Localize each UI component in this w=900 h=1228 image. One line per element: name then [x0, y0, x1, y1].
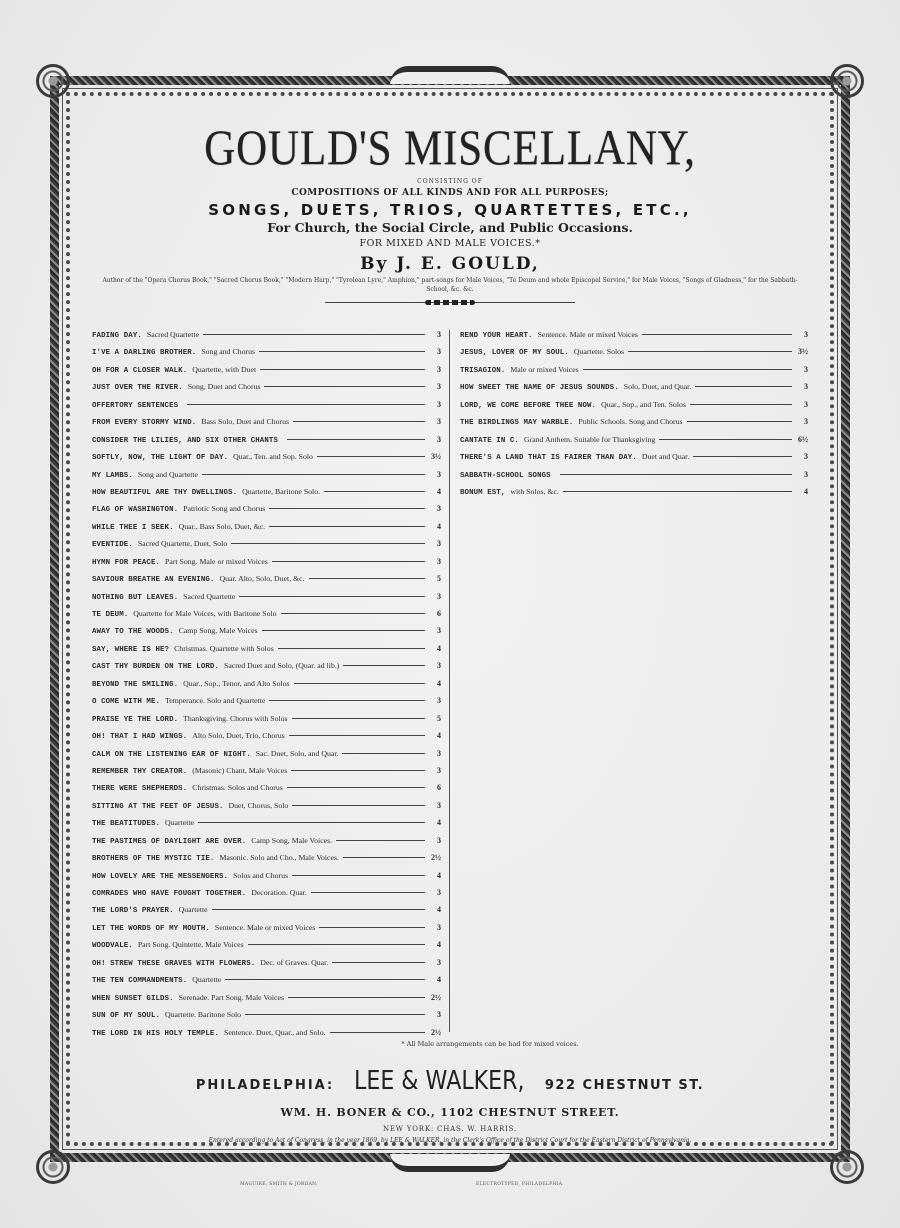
- dot-leader: [309, 578, 425, 579]
- toc-entry: NOTHING BUT LEAVES.Sacred Quartette3: [92, 592, 441, 609]
- dot-leader: [231, 543, 425, 544]
- genres-heading: SONGS, DUETS, TRIOS, QUARTETTES, ETC.,: [92, 201, 808, 219]
- publisher-line: PHILADELPHIA: LEE & WALKER, 922 CHESTNUT…: [100, 1066, 800, 1096]
- table-of-contents: FADING DAY.Sacred Quartette3I'VE A DARLI…: [92, 330, 808, 1032]
- song-description: Part Song. Male or mixed Voices: [165, 557, 268, 566]
- toc-entry: PRAISE YE THE LORD.Thanksgiving. Chorus …: [92, 714, 441, 731]
- song-title: SAY, WHERE IS HE?: [92, 646, 169, 654]
- song-description: Quartette: [192, 975, 221, 984]
- song-description: Bass Solo, Duet and Chorus: [201, 417, 289, 426]
- song-title: OH! THAT I HAD WINGS.: [92, 733, 187, 741]
- song-title: WOODVALE.: [92, 942, 133, 950]
- divider-ornament-icon: [425, 300, 475, 305]
- dot-leader: [291, 770, 425, 771]
- song-title: THERE WERE SHEPHERDS.: [92, 785, 187, 793]
- page-count: 3: [429, 470, 441, 479]
- song-title: OH! STREW THESE GRAVES WITH FLOWERS.: [92, 960, 255, 968]
- toc-entry: JESUS, LOVER OF MY SOUL.Quartette. Solos…: [460, 347, 808, 364]
- toc-entry: SABBATH-SCHOOL SONGS3: [460, 470, 808, 487]
- page-count: 3: [429, 417, 441, 426]
- page-count: 3½: [796, 347, 808, 356]
- toc-entry: OFFERTORY SENTENCES3: [92, 400, 441, 417]
- dot-leader: [269, 700, 425, 701]
- publisher-firm: LEE & WALKER,: [354, 1066, 524, 1096]
- dot-leader: [583, 369, 792, 370]
- song-description: Duet, Chorus, Solo: [229, 801, 289, 810]
- page-count: 5: [429, 714, 441, 723]
- page-count: 2½: [429, 993, 441, 1002]
- song-description: Christmas. Solos and Chorus: [192, 783, 283, 792]
- song-description: Song and Quartette: [138, 470, 198, 479]
- toc-entry: THE LORD'S PRAYER.Quartette4: [92, 905, 441, 922]
- song-description: Public Schools. Song and Chorus: [578, 417, 682, 426]
- toc-entry: HOW LOVELY ARE THE MESSENGERS.Solos and …: [92, 871, 441, 888]
- dot-leader: [272, 561, 425, 562]
- song-title: PRAISE YE THE LORD.: [92, 716, 178, 724]
- song-title: JESUS, LOVER OF MY SOUL.: [460, 349, 569, 357]
- toc-entry: THE BIRDLINGS MAY WARBLE.Public Schools.…: [460, 417, 808, 434]
- page-count: 3: [429, 923, 441, 932]
- song-title: THE BIRDLINGS MAY WARBLE.: [460, 419, 573, 427]
- title-block: GOULD'S MISCELLANY, CONSISTING OF COMPOS…: [92, 110, 808, 306]
- song-description: Solos and Chorus: [233, 871, 288, 880]
- song-description: Male or mixed Voices: [510, 365, 578, 374]
- dot-leader: [288, 997, 425, 998]
- toc-entry: TRISAGION.Male or mixed Voices3: [460, 365, 808, 382]
- page-count: 3: [429, 347, 441, 356]
- page-count: 3: [429, 888, 441, 897]
- corner-scroll-ornament-icon: [36, 1150, 70, 1184]
- page-count: 4: [429, 487, 441, 496]
- song-description: Song and Chorus: [201, 347, 255, 356]
- page-count: 3: [796, 417, 808, 426]
- song-description: Grand Anthem. Suitable for Thanksgiving: [524, 435, 655, 444]
- song-title: TRISAGION.: [460, 367, 505, 375]
- dot-leader: [269, 508, 425, 509]
- toc-entry: THERE'S A LAND THAT IS FAIRER THAN DAY.D…: [460, 452, 808, 469]
- toc-entry: EVENTIDE.Sacred Quartette, Duet, Solo3: [92, 539, 441, 556]
- corner-scroll-ornament-icon: [830, 1150, 864, 1184]
- publisher-city: PHILADELPHIA:: [196, 1078, 334, 1093]
- dot-leader: [292, 875, 425, 876]
- page-count: 5: [429, 574, 441, 583]
- page-count: 3: [429, 661, 441, 670]
- dot-leader: [269, 526, 425, 527]
- page-count: 3: [429, 836, 441, 845]
- toc-entry: WHILE THEE I SEEK.Quar., Bass Solo, Duet…: [92, 522, 441, 539]
- dot-leader: [203, 334, 425, 335]
- toc-entry: BONUM EST,with Solos, &c.4: [460, 487, 808, 504]
- page-count: 3: [429, 504, 441, 513]
- dot-leader: [239, 596, 425, 597]
- dot-leader: [202, 474, 425, 475]
- page-count: 4: [429, 940, 441, 949]
- song-description: Sentence. Male or mixed Voices: [538, 330, 638, 339]
- toc-entry: COMRADES WHO HAVE FOUGHT TOGETHER.Decora…: [92, 888, 441, 905]
- dot-leader: [317, 456, 425, 457]
- song-title: REMEMBER THY CREATOR.: [92, 768, 187, 776]
- page-count: 4: [429, 975, 441, 984]
- song-title: THE TEN COMMANDMENTS.: [92, 977, 187, 985]
- song-title: LORD, WE COME BEFORE THEE NOW.: [460, 402, 596, 410]
- page-count: 3: [429, 626, 441, 635]
- page-count: 3: [429, 801, 441, 810]
- dot-leader: [198, 822, 425, 823]
- toc-entry: THE PASTIMES OF DAYLIGHT ARE OVER.Camp S…: [92, 836, 441, 853]
- toc-entry: OH! THAT I HAD WINGS.Alto Solo, Duet, Tr…: [92, 731, 441, 748]
- dot-leader: [281, 613, 425, 614]
- dot-leader: [225, 979, 425, 980]
- page-count: 4: [429, 905, 441, 914]
- toc-entry: HYMN FOR PEACE.Part Song. Male or mixed …: [92, 557, 441, 574]
- song-title: LET THE WORDS OF MY MOUTH.: [92, 925, 210, 933]
- dot-leader: [343, 665, 425, 666]
- toc-entry: LORD, WE COME BEFORE THEE NOW.Quar., Sop…: [460, 400, 808, 417]
- toc-entry: TE DEUM.Quartette for Male Voices, with …: [92, 609, 441, 626]
- page-count: 3: [429, 557, 441, 566]
- dot-leader: [324, 491, 425, 492]
- song-title: BEYOND THE SMILING.: [92, 681, 178, 689]
- song-description: Alto Solo, Duet, Trio, Chorus: [192, 731, 285, 740]
- song-title: HOW LOVELY ARE THE MESSENGERS.: [92, 873, 228, 881]
- song-title: CANTATE IN C.: [460, 437, 519, 445]
- toc-entry: CAST THY BURDEN ON THE LORD.Sacred Duet …: [92, 661, 441, 678]
- dot-leader: [311, 892, 425, 893]
- song-title: OFFERTORY SENTENCES: [92, 402, 178, 410]
- page-count: 6: [429, 783, 441, 792]
- song-description: Quar. Alto, Solo, Duet, &c.: [219, 574, 304, 583]
- page-count: 3: [429, 382, 441, 391]
- dot-leader: [293, 421, 425, 422]
- dot-leader: [628, 351, 792, 352]
- page-count: 3: [796, 470, 808, 479]
- toc-entry: REND YOUR HEART.Sentence. Male or mixed …: [460, 330, 808, 347]
- dot-leader: [259, 351, 425, 352]
- song-title: SITTING AT THE FEET OF JESUS.: [92, 803, 224, 811]
- consisting-of-label: CONSISTING OF: [92, 178, 808, 185]
- dot-leader: [212, 909, 425, 910]
- toc-entry: LET THE WORDS OF MY MOUTH.Sentence. Male…: [92, 923, 441, 940]
- song-title: SABBATH-SCHOOL SONGS: [460, 472, 551, 480]
- engraver-credit: MAGUIRE, SMITH & JORDAN.: [240, 1182, 318, 1187]
- song-title: EVENTIDE.: [92, 541, 133, 549]
- toc-entry: SOFTLY, NOW, THE LIGHT OF DAY.Quar., Ten…: [92, 452, 441, 469]
- dot-leader: [187, 404, 425, 405]
- page-count: 3: [796, 382, 808, 391]
- page-count: 3: [429, 766, 441, 775]
- song-description: (Masonic) Chant, Male Voices: [192, 766, 287, 775]
- song-description: Quar., Sop., and Ten. Solos: [601, 400, 686, 409]
- dot-leader: [695, 386, 792, 387]
- song-description: Sacred Quartette, Duet, Solo: [138, 539, 227, 548]
- song-title: CONSIDER THE LILIES, AND SIX OTHER CHANT…: [92, 437, 278, 445]
- toc-entry: THE BEATITUDES.Quartette4: [92, 818, 441, 835]
- song-description: Sacred Quartette: [183, 592, 235, 601]
- song-title: WHEN SUNSET GILDS.: [92, 995, 174, 1003]
- toc-entry: SAVIOUR BREATHE AN EVENING.Quar. Alto, S…: [92, 574, 441, 591]
- page-count: 3: [429, 400, 441, 409]
- page-count: 4: [429, 679, 441, 688]
- page-count: 2½: [429, 1028, 441, 1037]
- page-count: 3: [429, 749, 441, 758]
- page-count: 4: [429, 731, 441, 740]
- dot-leader: [343, 857, 425, 858]
- song-title: I'VE A DARLING BROTHER.: [92, 349, 196, 357]
- toc-entry: AWAY TO THE WOODS.Camp Song, Male Voices…: [92, 626, 441, 643]
- dot-leader: [332, 962, 425, 963]
- song-title: REND YOUR HEART.: [460, 332, 533, 340]
- song-title: THE LORD IN HIS HOLY TEMPLE.: [92, 1030, 219, 1038]
- toc-entry: THERE WERE SHEPHERDS.Christmas. Solos an…: [92, 783, 441, 800]
- toc-column-left: FADING DAY.Sacred Quartette3I'VE A DARLI…: [92, 330, 450, 1032]
- song-title: SOFTLY, NOW, THE LIGHT OF DAY.: [92, 454, 228, 462]
- toc-column-right: REND YOUR HEART.Sentence. Male or mixed …: [450, 330, 808, 1032]
- dot-leader: [248, 944, 425, 945]
- voices-line: FOR MIXED AND MALE VOICES.*: [92, 238, 808, 249]
- dot-leader: [642, 334, 792, 335]
- song-title: OH FOR A CLOSER WALK.: [92, 367, 187, 375]
- song-title: HOW SWEET THE NAME OF JESUS SOUNDS.: [460, 384, 619, 392]
- dot-leader: [262, 630, 425, 631]
- song-description: Quartette, with Duet: [192, 365, 256, 374]
- toc-entry: OH! STREW THESE GRAVES WITH FLOWERS.Dec.…: [92, 958, 441, 975]
- song-description: Sacred Quartette: [147, 330, 199, 339]
- toc-entry: BROTHERS OF THE MYSTIC TIE.Masonic. Solo…: [92, 853, 441, 870]
- song-description: Decoration. Quar.: [251, 888, 307, 897]
- page-count: 3: [429, 539, 441, 548]
- song-title: THERE'S A LAND THAT IS FAIRER THAN DAY.: [460, 454, 637, 462]
- toc-entry: CONSIDER THE LILIES, AND SIX OTHER CHANT…: [92, 435, 441, 452]
- page-count: 3: [796, 452, 808, 461]
- song-description: Duet and Quar.: [642, 452, 689, 461]
- occasions-line: For Church, the Social Circle, and Publi…: [92, 220, 808, 235]
- song-title: BONUM EST,: [460, 489, 505, 497]
- song-title: HOW BEAUTIFUL ARE THY DWELLINGS.: [92, 489, 237, 497]
- song-description: Quartette for Male Voices, with Baritone…: [133, 609, 276, 618]
- song-title: FLAG OF WASHINGTON.: [92, 506, 178, 514]
- page-count: 4: [429, 522, 441, 531]
- toc-entry: WHEN SUNSET GILDS.Serenade. Part Song. M…: [92, 993, 441, 1010]
- song-title: THE BEATITUDES.: [92, 820, 160, 828]
- sheet-music-cover: GOULD'S MISCELLANY, CONSISTING OF COMPOS…: [0, 0, 900, 1228]
- song-description: Song, Duet and Chorus: [188, 382, 261, 391]
- dot-leader: [292, 805, 425, 806]
- page-count: 4: [429, 871, 441, 880]
- toc-entry: FADING DAY.Sacred Quartette3: [92, 330, 441, 347]
- dot-leader: [294, 683, 425, 684]
- page-count: 4: [429, 644, 441, 653]
- toc-entry: CALM ON THE LISTENING EAR OF NIGHT.Sac. …: [92, 749, 441, 766]
- song-description: Part Song. Quintette, Male Voices: [138, 940, 244, 949]
- song-title: SUN OF MY SOUL.: [92, 1012, 160, 1020]
- song-description: Quartette, Baritone Solo.: [242, 487, 320, 496]
- song-description: Quar., Sop., Tenor, and Alto Solos: [183, 679, 289, 688]
- page-count: 3: [429, 330, 441, 339]
- toc-entry: BEYOND THE SMILING.Quar., Sop., Tenor, a…: [92, 679, 441, 696]
- dot-leader: [292, 718, 425, 719]
- dot-leader: [245, 1014, 425, 1015]
- toc-entry: SUN OF MY SOUL.Quartette. Baritone Solo3: [92, 1010, 441, 1027]
- page-count: 4: [796, 487, 808, 496]
- song-description: Masonic. Solo and Cho., Male Voices.: [219, 853, 338, 862]
- song-description: Quartette: [179, 905, 208, 914]
- author-byline: By J. E. GOULD,: [92, 254, 808, 274]
- dot-leader: [659, 439, 792, 440]
- song-description: Sacred Duet and Solo, (Quar. ad lib.): [224, 661, 339, 670]
- toc-entry: I'VE A DARLING BROTHER.Song and Chorus3: [92, 347, 441, 364]
- song-title: WHILE THEE I SEEK.: [92, 524, 174, 532]
- dot-leader: [563, 491, 792, 492]
- song-description: Quartette. Solos: [574, 347, 624, 356]
- ornamental-divider: [325, 300, 575, 306]
- song-title: AWAY TO THE WOODS.: [92, 628, 174, 636]
- toc-entry: MY LAMBS.Song and Quartette3: [92, 470, 441, 487]
- dot-leader: [264, 386, 425, 387]
- page-count: 3: [796, 365, 808, 374]
- song-description: Solo, Duet, and Quar.: [624, 382, 692, 391]
- electrotyper-credit: ELECTROTYPED, PHILADELPHIA.: [476, 1182, 564, 1187]
- dot-leader: [330, 1032, 425, 1033]
- bottom-crest-ornament-icon: [390, 1154, 510, 1172]
- song-title: CALM ON THE LISTENING EAR OF NIGHT.: [92, 751, 251, 759]
- song-title: FADING DAY.: [92, 332, 142, 340]
- song-description: with Solos, &c.: [510, 487, 559, 496]
- corner-scroll-ornament-icon: [830, 64, 864, 98]
- song-description: Quartette: [165, 818, 194, 827]
- dot-leader: [289, 735, 425, 736]
- new-york-agent: NEW YORK: CHAS. W. HARRIS.: [100, 1125, 800, 1133]
- dot-leader: [687, 421, 792, 422]
- dot-leader: [690, 404, 792, 405]
- song-description: Serenade. Part Song. Male Voices: [179, 993, 284, 1002]
- song-title: CAST THY BURDEN ON THE LORD.: [92, 663, 219, 671]
- page-count: 3: [429, 592, 441, 601]
- song-title: O COME WITH ME.: [92, 698, 160, 706]
- song-description: Thanksgiving. Chorus with Solos: [183, 714, 287, 723]
- page-count: 3: [429, 1010, 441, 1019]
- toc-entry: FROM EVERY STORMY WIND.Bass Solo, Duet a…: [92, 417, 441, 434]
- page-count: 3: [796, 330, 808, 339]
- song-title: HYMN FOR PEACE.: [92, 559, 160, 567]
- page-count: 3: [429, 435, 441, 444]
- song-title: MY LAMBS.: [92, 472, 133, 480]
- page-count: 3: [429, 958, 441, 967]
- toc-entry: WOODVALE.Part Song. Quintette, Male Voic…: [92, 940, 441, 957]
- dot-leader: [278, 648, 425, 649]
- page-count: 6: [429, 609, 441, 618]
- song-description: Sentence. Male or mixed Voices: [215, 923, 315, 932]
- toc-entry: THE TEN COMMANDMENTS.Quartette4: [92, 975, 441, 992]
- toc-entry: SITTING AT THE FEET OF JESUS.Duet, Choru…: [92, 801, 441, 818]
- song-description: Sac. Duet, Solo, and Quar.: [256, 749, 339, 758]
- agent-line: WM. H. BONER & CO., 1102 CHESTNUT STREET…: [100, 1106, 800, 1119]
- page-count: 6½: [796, 435, 808, 444]
- dot-leader: [287, 787, 425, 788]
- toc-entry: REMEMBER THY CREATOR.(Masonic) Chant, Ma…: [92, 766, 441, 783]
- song-title: THE LORD'S PRAYER.: [92, 907, 174, 915]
- toc-entry: FLAG OF WASHINGTON.Patriotic Song and Ch…: [92, 504, 441, 521]
- toc-entry: HOW BEAUTIFUL ARE THY DWELLINGS.Quartett…: [92, 487, 441, 504]
- author-works: Author of the "Opera Chorus Book," "Sacr…: [92, 276, 808, 294]
- corner-scroll-ornament-icon: [36, 64, 70, 98]
- song-description: Patriotic Song and Chorus: [183, 504, 265, 513]
- dot-leader: [336, 840, 425, 841]
- page-title: GOULD'S MISCELLANY,: [142, 118, 758, 176]
- song-title: THE PASTIMES OF DAYLIGHT ARE OVER.: [92, 838, 246, 846]
- publisher-address: 922 CHESTNUT ST.: [545, 1078, 704, 1093]
- song-title: NOTHING BUT LEAVES.: [92, 594, 178, 602]
- toc-entry: SAY, WHERE IS HE?Christmas. Quartette wi…: [92, 644, 441, 661]
- page-count: 3: [429, 365, 441, 374]
- footnote: * All Male arrangements can be had for m…: [300, 1040, 680, 1048]
- song-title: SAVIOUR BREATHE AN EVENING.: [92, 576, 214, 584]
- song-description: Quar., Bass Solo, Duet, &c.: [179, 522, 265, 531]
- song-title: BROTHERS OF THE MYSTIC TIE.: [92, 855, 214, 863]
- song-description: Camp Song, Male Voices: [179, 626, 258, 635]
- dot-leader: [287, 439, 425, 440]
- song-description: Camp Song, Male Voices.: [251, 836, 332, 845]
- dot-leader: [260, 369, 425, 370]
- page-count: 4: [429, 818, 441, 827]
- song-description: Temperance. Solo and Quartette: [165, 696, 265, 705]
- copyright-notice: Entered according to Act of Congress, in…: [120, 1137, 780, 1144]
- song-title: JUST OVER THE RIVER.: [92, 384, 183, 392]
- toc-entry: OH FOR A CLOSER WALK.Quartette, with Due…: [92, 365, 441, 382]
- song-description: Sentence. Duet, Quar., and Solo.: [224, 1028, 326, 1037]
- toc-entry: JUST OVER THE RIVER.Song, Duet and Choru…: [92, 382, 441, 399]
- page-count: 3: [429, 696, 441, 705]
- page-count: 3½: [429, 452, 441, 461]
- toc-entry: O COME WITH ME.Temperance. Solo and Quar…: [92, 696, 441, 713]
- dot-leader: [342, 753, 425, 754]
- page-count: 3: [796, 400, 808, 409]
- toc-entry: CANTATE IN C.Grand Anthem. Suitable for …: [460, 435, 808, 452]
- song-title: FROM EVERY STORMY WIND.: [92, 419, 196, 427]
- song-description: Quar., Ten. and Sop. Solo: [233, 452, 313, 461]
- song-description: Dec. of Graves. Quar.: [260, 958, 328, 967]
- song-title: COMRADES WHO HAVE FOUGHT TOGETHER.: [92, 890, 246, 898]
- song-description: Quartette. Baritone Solo: [165, 1010, 241, 1019]
- song-title: TE DEUM.: [92, 611, 128, 619]
- dot-leader: [319, 927, 425, 928]
- dot-leader: [693, 456, 792, 457]
- dot-leader: [560, 474, 792, 475]
- compositions-subtitle: COMPOSITIONS OF ALL KINDS AND FOR ALL PU…: [92, 188, 808, 198]
- toc-entry: HOW SWEET THE NAME OF JESUS SOUNDS.Solo,…: [460, 382, 808, 399]
- page-count: 2½: [429, 853, 441, 862]
- top-crest-ornament-icon: [390, 66, 510, 84]
- song-description: Christmas. Quartette with Solos: [174, 644, 274, 653]
